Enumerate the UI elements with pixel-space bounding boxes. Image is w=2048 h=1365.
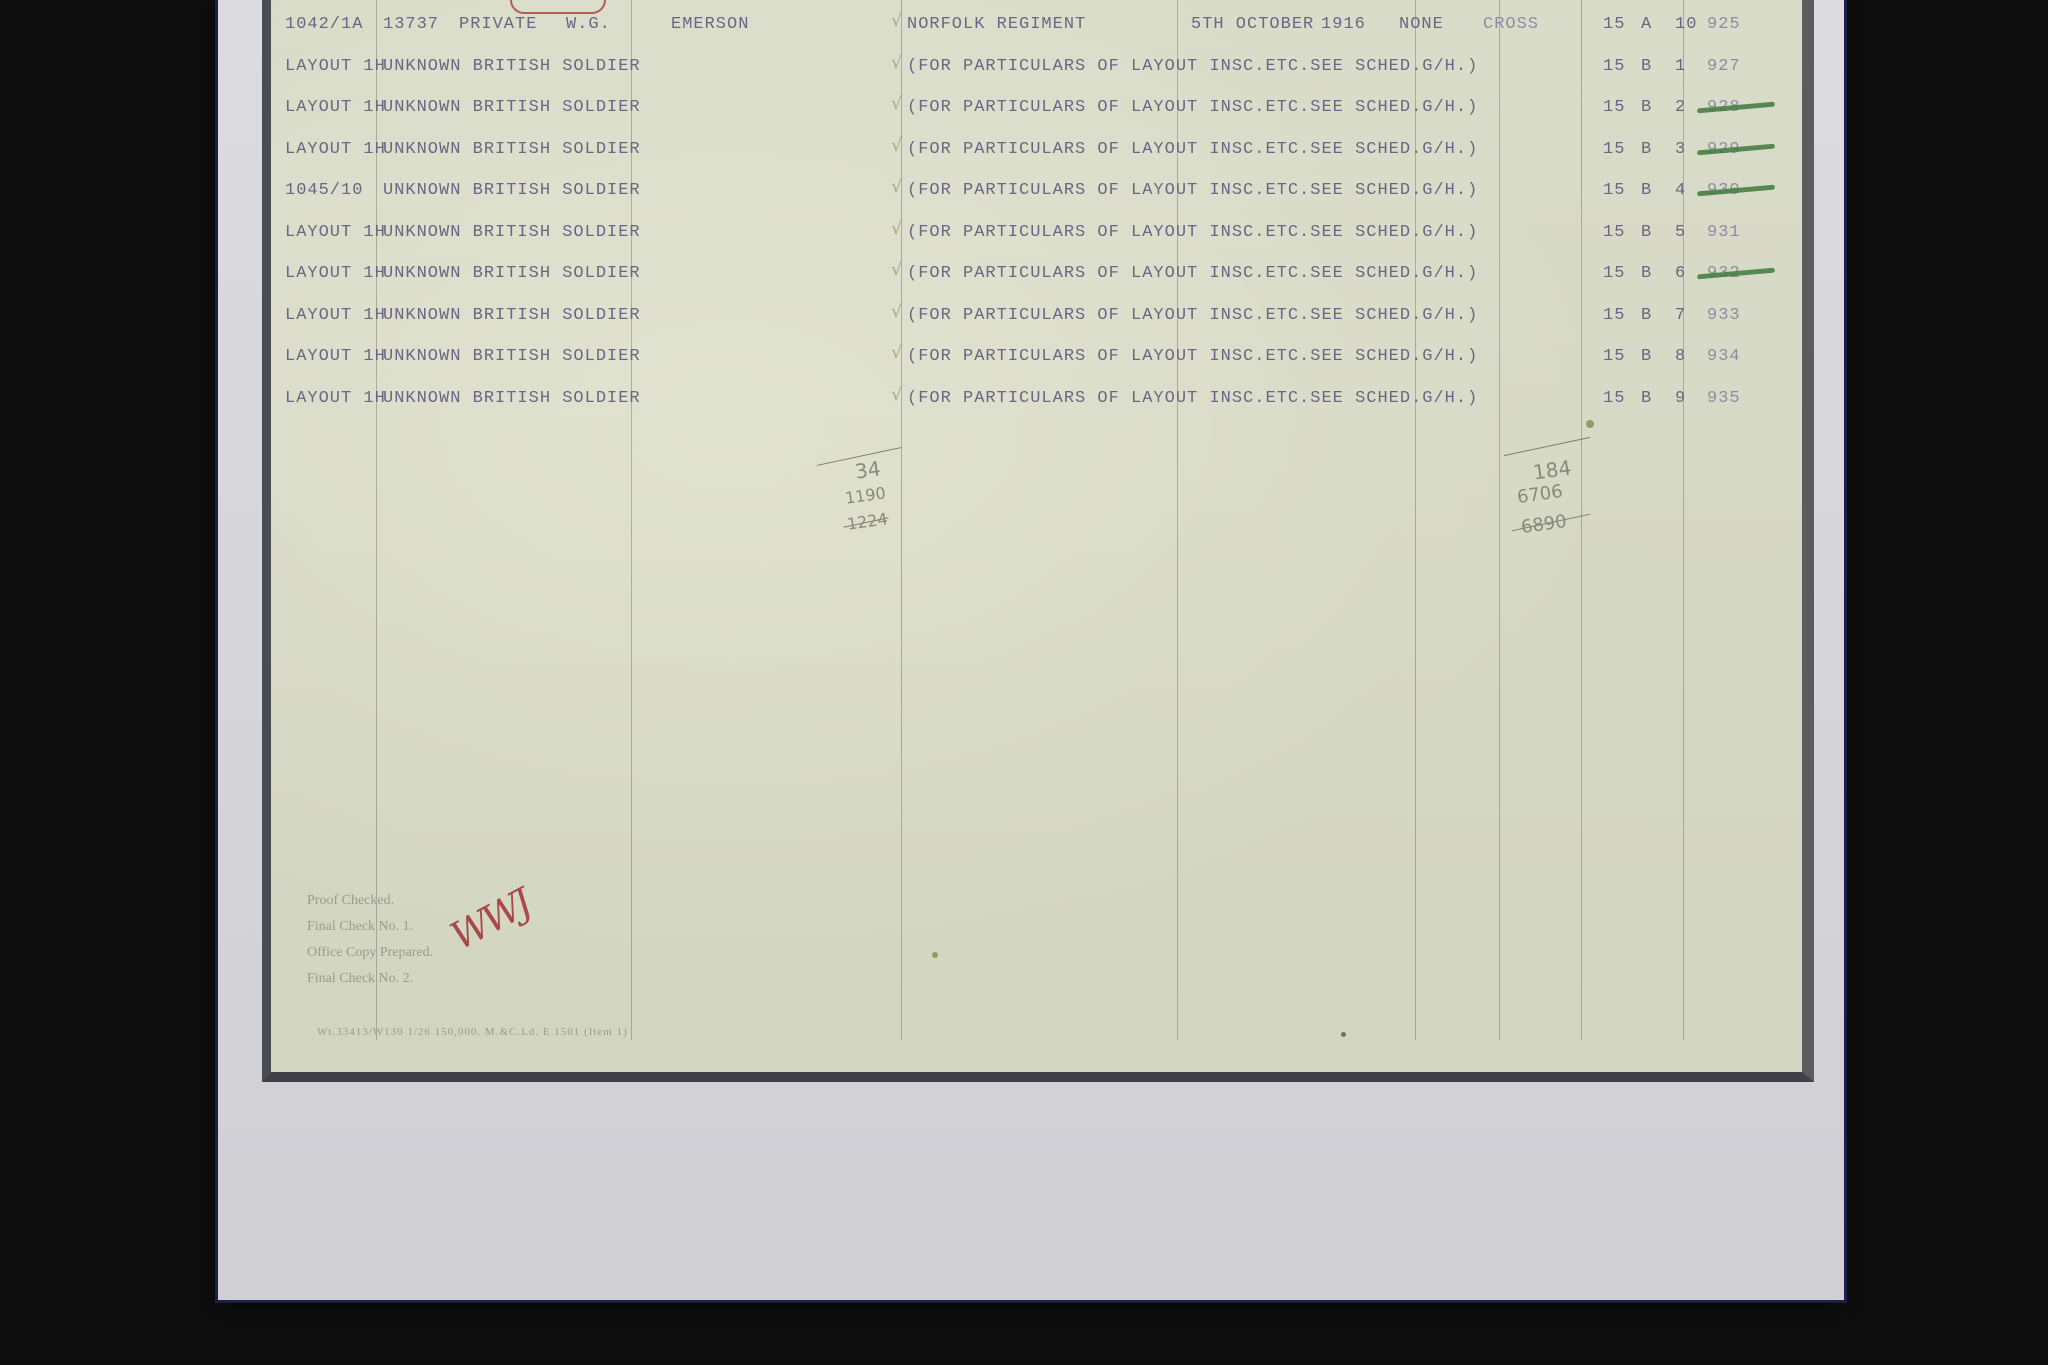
printer-imprint: Wt.33413/W130 1/26 150,000. M.&C.Ld. E 1… — [317, 1026, 628, 1038]
cell-ref: 1042/1A — [285, 10, 363, 40]
cell-grave: 9 — [1675, 384, 1686, 414]
cell-surname: UNKNOWN BRITISH SOLDIER — [383, 218, 641, 248]
cell-plot: 15 — [1603, 135, 1625, 165]
red-initials-signature: WWJ — [443, 881, 535, 958]
cell-ref: 1045/10 — [285, 176, 363, 206]
cell-year: 1916 — [1321, 10, 1366, 40]
checklist-item: Proof Checked. — [307, 888, 433, 914]
cell-ref: LAYOUT 1H — [285, 384, 386, 414]
ink-spot — [1341, 1032, 1346, 1037]
cell-row-letter: B — [1641, 218, 1652, 248]
cell-surname: UNKNOWN BRITISH SOLDIER — [383, 301, 641, 331]
cell-grave: 5 — [1675, 218, 1686, 248]
cell-grave: 8 — [1675, 342, 1686, 372]
pencil-tick-icon: √ — [891, 6, 903, 36]
table-row: LAYOUT 1HUNKNOWN BRITISH SOLDIER(FOR PAR… — [271, 52, 1791, 82]
cell-ref: LAYOUT 1H — [285, 301, 386, 331]
cell-initials: W.G. — [566, 10, 611, 40]
pencil-tick-icon: √ — [891, 214, 903, 244]
cell-surname: UNKNOWN BRITISH SOLDIER — [383, 259, 641, 289]
cell-marker: CROSS — [1483, 10, 1539, 40]
cell-ref: LAYOUT 1H — [285, 342, 386, 372]
cell-plot: 15 — [1603, 93, 1625, 123]
pencil-sum-right-2: 6706 — [1516, 481, 1564, 508]
cell-ref: LAYOUT 1H — [285, 218, 386, 248]
cell-unit: (FOR PARTICULARS OF LAYOUT INSC.ETC.SEE … — [907, 135, 1478, 165]
cell-unit: NORFOLK REGIMENT — [907, 10, 1086, 40]
pencil-sum-left-total: 1224 — [846, 509, 889, 533]
table-row: 1045/10UNKNOWN BRITISH SOLDIER(FOR PARTI… — [271, 176, 1791, 206]
cell-row-letter: B — [1641, 135, 1652, 165]
document-sheet: 4.9.24 1042/1A13737PRIVATEW.G.EMERSONNOR… — [262, 0, 1814, 1082]
table-row: LAYOUT 1HUNKNOWN BRITISH SOLDIER(FOR PAR… — [271, 342, 1791, 372]
cell-row-letter: B — [1641, 384, 1652, 414]
cell-unit: (FOR PARTICULARS OF LAYOUT INSC.ETC.SEE … — [907, 301, 1478, 331]
cell-unit: (FOR PARTICULARS OF LAYOUT INSC.ETC.SEE … — [907, 93, 1478, 123]
cell-grave: 2 — [1675, 93, 1686, 123]
pencil-tick-icon: √ — [891, 255, 903, 285]
cell-surname: EMERSON — [671, 10, 749, 40]
cell-row-letter: B — [1641, 93, 1652, 123]
table-row: LAYOUT 1HUNKNOWN BRITISH SOLDIER(FOR PAR… — [271, 135, 1791, 165]
cell-ref-no: 934 — [1707, 342, 1741, 372]
table-row: LAYOUT 1HUNKNOWN BRITISH SOLDIER(FOR PAR… — [271, 301, 1791, 331]
cell-plot: 15 — [1603, 259, 1625, 289]
cell-surname: UNKNOWN BRITISH SOLDIER — [383, 52, 641, 82]
cell-ref: LAYOUT 1H — [285, 135, 386, 165]
cell-ref-no: 925 — [1707, 10, 1741, 40]
cell-plot: 15 — [1603, 10, 1625, 40]
cell-surname: UNKNOWN BRITISH SOLDIER — [383, 93, 641, 123]
cell-unit: (FOR PARTICULARS OF LAYOUT INSC.ETC.SEE … — [907, 52, 1478, 82]
cell-ref: LAYOUT 1H — [285, 259, 386, 289]
cell-grave: 4 — [1675, 176, 1686, 206]
cell-surname: UNKNOWN BRITISH SOLDIER — [383, 176, 641, 206]
cell-row-letter: B — [1641, 259, 1652, 289]
table-row: LAYOUT 1HUNKNOWN BRITISH SOLDIER(FOR PAR… — [271, 259, 1791, 289]
cell-row-letter: B — [1641, 342, 1652, 372]
cell-ref-no: 933 — [1707, 301, 1741, 331]
pencil-tick-icon: √ — [891, 131, 903, 161]
cell-grave: 6 — [1675, 259, 1686, 289]
office-checklist: Proof Checked. Final Check No. 1. Office… — [307, 888, 433, 992]
cell-surname: UNKNOWN BRITISH SOLDIER — [383, 135, 641, 165]
cell-rank: PRIVATE — [459, 10, 537, 40]
pencil-rule — [1504, 437, 1590, 456]
checklist-item: Office Copy Prepared. — [307, 940, 433, 966]
cell-ref-no: 927 — [1707, 52, 1741, 82]
cell-row-letter: A — [1641, 10, 1652, 40]
cell-ref-no: 931 — [1707, 218, 1741, 248]
cell-ref-no: 935 — [1707, 384, 1741, 414]
pencil-tick-icon: √ — [891, 297, 903, 327]
pencil-tick-icon: √ — [891, 48, 903, 78]
pencil-tick-icon: √ — [891, 89, 903, 119]
cell-number: 13737 — [383, 10, 439, 40]
cell-unit: (FOR PARTICULARS OF LAYOUT INSC.ETC.SEE … — [907, 384, 1478, 414]
pencil-tick-icon: √ — [891, 338, 903, 368]
cell-surname: UNKNOWN BRITISH SOLDIER — [383, 342, 641, 372]
pencil-sum-right-total: 6890 — [1520, 511, 1568, 538]
pencil-sum-right-1: 184 — [1532, 455, 1573, 484]
cell-plot: 15 — [1603, 176, 1625, 206]
cell-surname: UNKNOWN BRITISH SOLDIER — [383, 384, 641, 414]
table-row: LAYOUT 1HUNKNOWN BRITISH SOLDIER(FOR PAR… — [271, 93, 1791, 123]
pencil-tick-icon: √ — [891, 380, 903, 410]
cell-grave: 3 — [1675, 135, 1686, 165]
cell-date: 5TH OCTOBER — [1191, 10, 1314, 40]
pencil-tick-icon: √ — [891, 172, 903, 202]
cell-grave: 10 — [1675, 10, 1697, 40]
cell-plot: 15 — [1603, 301, 1625, 331]
cell-row-letter: B — [1641, 176, 1652, 206]
ink-spot — [932, 952, 938, 958]
table-row: LAYOUT 1HUNKNOWN BRITISH SOLDIER(FOR PAR… — [271, 384, 1791, 414]
cell-unit: (FOR PARTICULARS OF LAYOUT INSC.ETC.SEE … — [907, 342, 1478, 372]
cell-plot: 15 — [1603, 342, 1625, 372]
pencil-sum-left-1: 34 — [853, 456, 882, 483]
cell-ref: LAYOUT 1H — [285, 52, 386, 82]
cell-grave: 7 — [1675, 301, 1686, 331]
cell-unit: (FOR PARTICULARS OF LAYOUT INSC.ETC.SEE … — [907, 218, 1478, 248]
checklist-item: Final Check No. 1. — [307, 914, 433, 940]
pencil-sum-left-2: 1190 — [844, 483, 887, 507]
cell-plot: 15 — [1603, 52, 1625, 82]
cell-plot: 15 — [1603, 384, 1625, 414]
cell-unit: (FOR PARTICULARS OF LAYOUT INSC.ETC.SEE … — [907, 259, 1478, 289]
cell-honours: NONE — [1399, 10, 1444, 40]
cell-row-letter: B — [1641, 301, 1652, 331]
table-row: 1042/1A13737PRIVATEW.G.EMERSONNORFOLK RE… — [271, 10, 1791, 40]
cell-row-letter: B — [1641, 52, 1652, 82]
cell-grave: 1 — [1675, 52, 1686, 82]
checklist-item: Final Check No. 2. — [307, 966, 433, 992]
cell-plot: 15 — [1603, 218, 1625, 248]
ink-spot — [1586, 420, 1594, 428]
cell-ref: LAYOUT 1H — [285, 93, 386, 123]
table-row: LAYOUT 1HUNKNOWN BRITISH SOLDIER(FOR PAR… — [271, 218, 1791, 248]
cell-unit: (FOR PARTICULARS OF LAYOUT INSC.ETC.SEE … — [907, 176, 1478, 206]
